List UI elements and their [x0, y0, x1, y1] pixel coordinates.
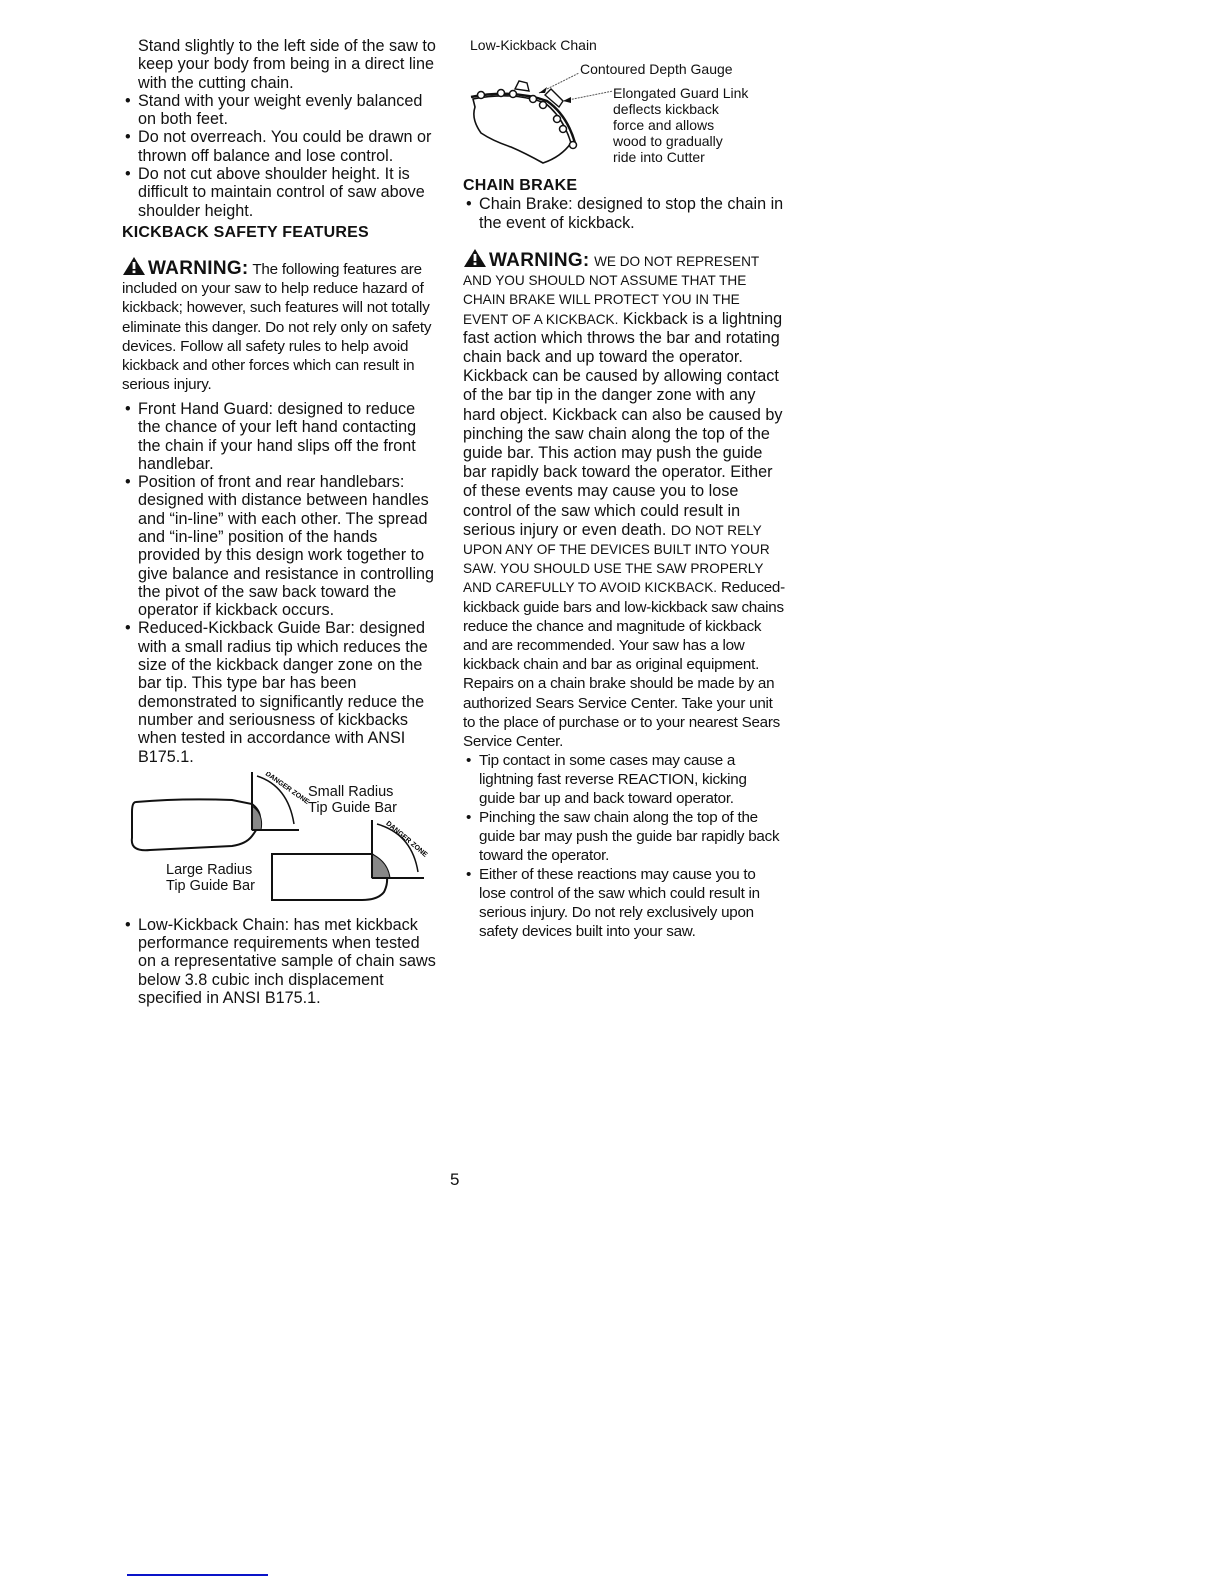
reaction-bullet-list: Tip contact in some cases may cause a li… [463, 751, 785, 941]
chain-bullet-list: Low-Kickback Chain: has met kickback per… [122, 916, 442, 1007]
chain-illustration [463, 57, 613, 167]
warning-triangle-icon [122, 256, 146, 276]
guide-bar-diagram: DANGER ZONE DANGER ZONE Small Radius Tip… [122, 772, 442, 910]
warning-text-2: Reduced-kickback guide bars and low-kick… [463, 579, 785, 750]
large-radius-label-2: Tip Guide Bar [166, 878, 255, 894]
warning-label: WARNING: [148, 258, 249, 279]
list-item: Either of these reactions may cause you … [463, 865, 785, 941]
guard-link-label-1: Elongated Guard Link [613, 85, 748, 101]
guard-link-label-4: wood to gradually [613, 133, 723, 149]
large-radius-label: Large Radius [166, 862, 252, 878]
list-item: Do not overreach. You could be drawn or … [122, 128, 442, 165]
list-item: Low-Kickback Chain: has met kickback per… [122, 916, 442, 1007]
warning-label: WARNING: [489, 250, 590, 271]
intro-paragraph: Stand slightly to the left side of the s… [122, 37, 442, 92]
list-item: Chain Brake: designed to stop the chain … [463, 195, 785, 232]
stance-bullet-list: Stand with your weight evenly balanced o… [122, 92, 442, 220]
small-radius-label-2: Tip Guide Bar [308, 800, 397, 816]
warning-text: The following features are included on y… [122, 261, 431, 393]
page-number: 5 [450, 1170, 459, 1190]
list-item: Front Hand Guard: designed to reduce the… [122, 400, 442, 473]
guard-link-label-3: force and allows [613, 117, 714, 133]
chain-brake-warning-block: WARNING: WE DO NOT REPRESENT AND YOU SHO… [463, 248, 785, 751]
left-column: Stand slightly to the left side of the s… [122, 37, 442, 1007]
chain-diagram-title: Low-Kickback Chain [470, 37, 597, 53]
warning-text: Kickback is a lightning fast action whic… [463, 310, 782, 539]
guard-link-label-2: deflects kickback [613, 101, 719, 117]
warning-block: WARNING: The following features are incl… [122, 256, 442, 394]
bottom-link-rule [127, 1574, 268, 1576]
list-item: Position of front and rear handlebars: d… [122, 473, 442, 619]
low-kickback-chain-diagram: Low-Kickback Chain Contoured Depth Gauge… [463, 37, 785, 177]
svg-text:DANGER ZONE: DANGER ZONE [384, 820, 428, 859]
section-heading-kickback-safety: KICKBACK SAFETY FEATURES [122, 224, 442, 242]
list-item: Reduced-Kickback Guide Bar: designed wit… [122, 619, 442, 765]
list-item: Tip contact in some cases may cause a li… [463, 751, 785, 808]
list-item: Do not cut above shoulder height. It is … [122, 165, 442, 220]
guard-link-label-5: ride into Cutter [613, 149, 705, 165]
right-column: Low-Kickback Chain Contoured Depth Gauge… [463, 37, 785, 941]
small-radius-label: Small Radius [308, 784, 393, 800]
brake-bullet-list: Chain Brake: designed to stop the chain … [463, 195, 785, 232]
warning-triangle-icon [463, 248, 487, 268]
list-item: Pinching the saw chain along the top of … [463, 808, 785, 865]
list-item: Stand with your weight evenly balanced o… [122, 92, 442, 129]
feature-bullet-list: Front Hand Guard: designed to reduce the… [122, 400, 442, 766]
section-heading-chain-brake: CHAIN BRAKE [463, 177, 785, 195]
